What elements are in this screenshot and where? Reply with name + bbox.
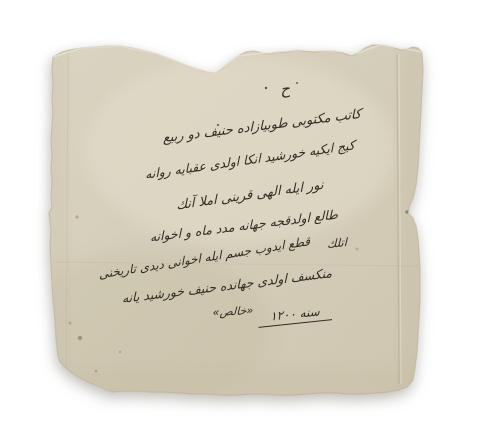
- foxing-spot: [78, 336, 82, 340]
- ink-speck: [217, 124, 219, 126]
- paper-shading-right: [402, 40, 424, 392]
- foxing-spot: [95, 370, 98, 373]
- ink-speck: [265, 87, 267, 89]
- manuscript-paper: [0, 0, 480, 440]
- paper-svg: [0, 0, 480, 440]
- paper-shading-bottom: [50, 370, 422, 396]
- foxing-spot: [119, 351, 121, 353]
- photo-stage: ح كاتب مكتوبى طوبيازاده حنيف دو ربيع كيج…: [0, 0, 480, 440]
- foxing-spot: [69, 322, 72, 325]
- ink-speck: [296, 82, 298, 84]
- paper-highlight: [85, 55, 395, 245]
- foxing-spot: [356, 248, 359, 251]
- foxing-spot: [75, 215, 78, 218]
